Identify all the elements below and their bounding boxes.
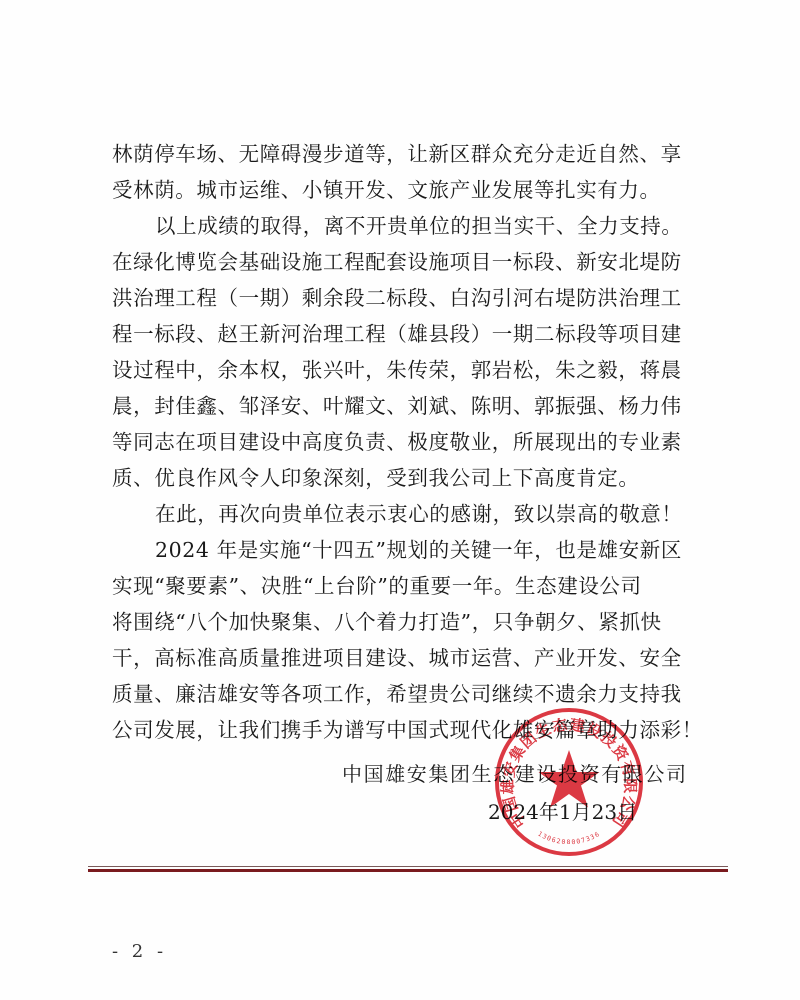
- text-line: 质、优良作风令人印象深刻，受到我公司上下高度肯定。: [112, 460, 712, 496]
- text-line: 晨，封佳鑫、邹泽安、叶耀文、刘斌、陈明、郭振强、杨力伟: [112, 388, 712, 424]
- text-line: 以上成绩的取得，离不开贵单位的担当实干、全力支持。: [112, 208, 712, 244]
- text-line: 设过程中，余本权，张兴叶，朱传荣，郭岩松，朱之毅，蒋晨: [112, 352, 712, 388]
- seal-serial-number: 1306208007336: [536, 830, 601, 847]
- document-page: 林荫停车场、无障碍漫步道等，让新区群众充分走近自然、享 受林荫。城市运维、小镇开…: [0, 0, 800, 1000]
- footer-divider-thin: [88, 866, 728, 867]
- official-seal-stamp: 中国雄安集团生态建设投资有限公司 1306208007336: [493, 706, 645, 858]
- text-line: 林荫停车场、无障碍漫步道等，让新区群众充分走近自然、享: [112, 136, 712, 172]
- text-line: 干，高标准高质量推进项目建设、城市运营、产业开发、安全: [112, 640, 712, 676]
- footer-divider-thick: [88, 869, 728, 872]
- letter-body: 林荫停车场、无障碍漫步道等，让新区群众充分走近自然、享 受林荫。城市运维、小镇开…: [112, 136, 712, 748]
- text-line: 受林荫。城市运维、小镇开发、文旅产业发展等扎实有力。: [112, 172, 712, 208]
- text-line: 等同志在项目建设中高度负责、极度敬业，所展现出的专业素: [112, 424, 712, 460]
- svg-text:1306208007336: 1306208007336: [536, 830, 601, 847]
- text-line: 程一标段、赵王新河治理工程（雄县段）一期二标段等项目建: [112, 316, 712, 352]
- text-line: 实现“聚要素”、决胜“上台阶”的重要一年。生态建设公司: [112, 568, 712, 604]
- text-line: 在此，再次向贵单位表示衷心的感谢，致以崇高的敬意！: [112, 496, 712, 532]
- text-line: 在绿化博览会基础设施工程配套设施项目一标段、新安北堤防: [112, 244, 712, 280]
- star-icon: [539, 750, 600, 808]
- text-line: 将围绕“八个加快聚集、八个着力打造”，只争朝夕、紧抓快: [112, 604, 712, 640]
- text-line: 洪治理工程（一期）剩余段二标段、白沟引河右堤防洪治理工: [112, 280, 712, 316]
- page-number: - 2 -: [112, 940, 167, 964]
- text-line: 2024 年是实施“十四五”规划的关键一年，也是雄安新区: [112, 532, 712, 568]
